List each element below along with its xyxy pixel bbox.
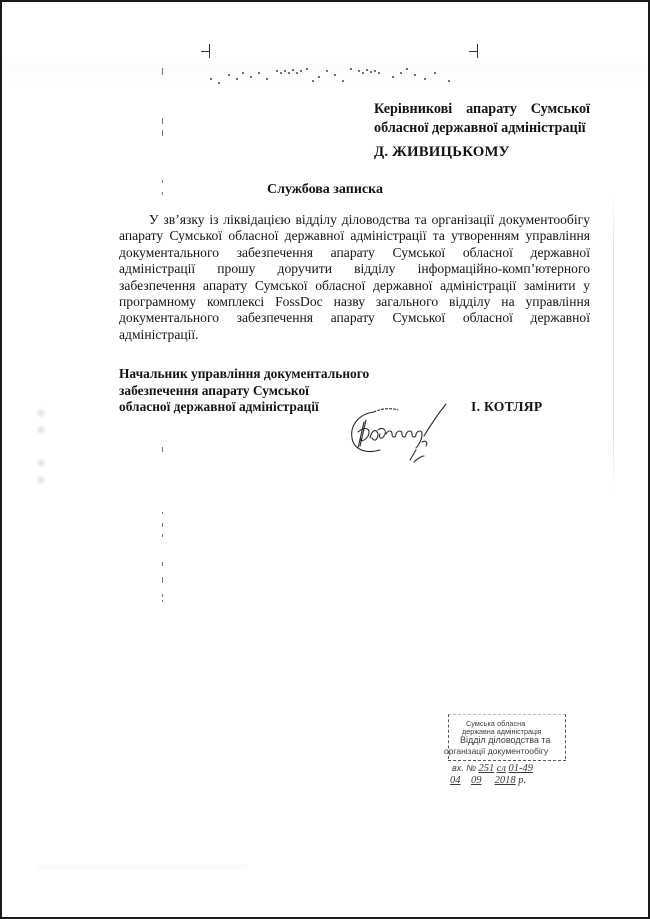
crop-mark-icon [201, 44, 215, 58]
scan-smudge [36, 457, 46, 469]
margin-mark [162, 577, 163, 583]
margin-mark [162, 600, 163, 602]
margin-mark [162, 523, 163, 527]
stamp-dept-line: Відділ діловодства та [460, 735, 550, 745]
memo-body: У зв’язку із ліквідацією відділу діловод… [119, 212, 590, 343]
addressee-word: апарату [466, 100, 517, 119]
stamp-date-month: 09 [471, 775, 482, 786]
margin-mark [162, 447, 163, 452]
addressee-name: Д. ЖИВИЦЬКОМУ [374, 143, 590, 162]
addressee-word: Сумської [531, 100, 590, 119]
stamp-date-day: 04 [450, 775, 461, 786]
margin-mark [162, 594, 163, 597]
stamp-reg-suffix: сл [497, 763, 506, 774]
addressee-word: Керівникові [374, 100, 452, 119]
scan-noise [202, 64, 462, 92]
stamp-date-suffix: р. [518, 775, 526, 786]
signer-position-line: забезпечення апарату Сумської [119, 383, 419, 400]
crop-mark-icon [469, 44, 483, 58]
stamp-reg-prefix: вх. № [452, 763, 476, 773]
addressee-block: Керівникові апарату Сумської обласної де… [374, 100, 590, 162]
signature-icon [344, 400, 464, 470]
stamp-reg-code: 01-49 [509, 763, 534, 774]
stamp-date: 04 09 2018 р. [450, 775, 526, 786]
margin-mark [162, 512, 163, 514]
document-title: Службова записка [2, 182, 648, 198]
scanned-document-page: Керівникові апарату Сумської обласної де… [0, 0, 650, 919]
margin-mark [162, 534, 163, 537]
margin-mark [162, 562, 163, 566]
scan-shade [37, 864, 247, 870]
margin-mark [162, 118, 163, 124]
margin-mark [162, 130, 163, 136]
margin-mark [162, 68, 163, 75]
registration-stamp: Сумська обласна державна адміністрація В… [440, 714, 570, 784]
stamp-dept-line: організації документообігу [444, 746, 548, 756]
signer-position-line: Начальник управління документального [119, 366, 419, 383]
scan-smudge [36, 407, 46, 419]
addressee-line-1: Керівникові апарату Сумської [374, 100, 590, 119]
scan-streak [613, 192, 614, 492]
memo-body-text: У зв’язку із ліквідацією відділу діловод… [119, 212, 590, 342]
stamp-reg-number: вх. № 251 сл 01-49 [452, 763, 533, 774]
signer-name: І. КОТЛЯР [471, 399, 543, 415]
stamp-registration: вх. № 251 сл 01-49 04 09 2018 р. [448, 760, 566, 787]
stamp-reg-value: 251 [478, 763, 494, 774]
addressee-line-2: обласної державної адміністрації [374, 119, 590, 138]
scan-smudge [36, 474, 46, 486]
stamp-date-year: 2018 [495, 775, 516, 786]
scan-smudge [36, 424, 46, 436]
